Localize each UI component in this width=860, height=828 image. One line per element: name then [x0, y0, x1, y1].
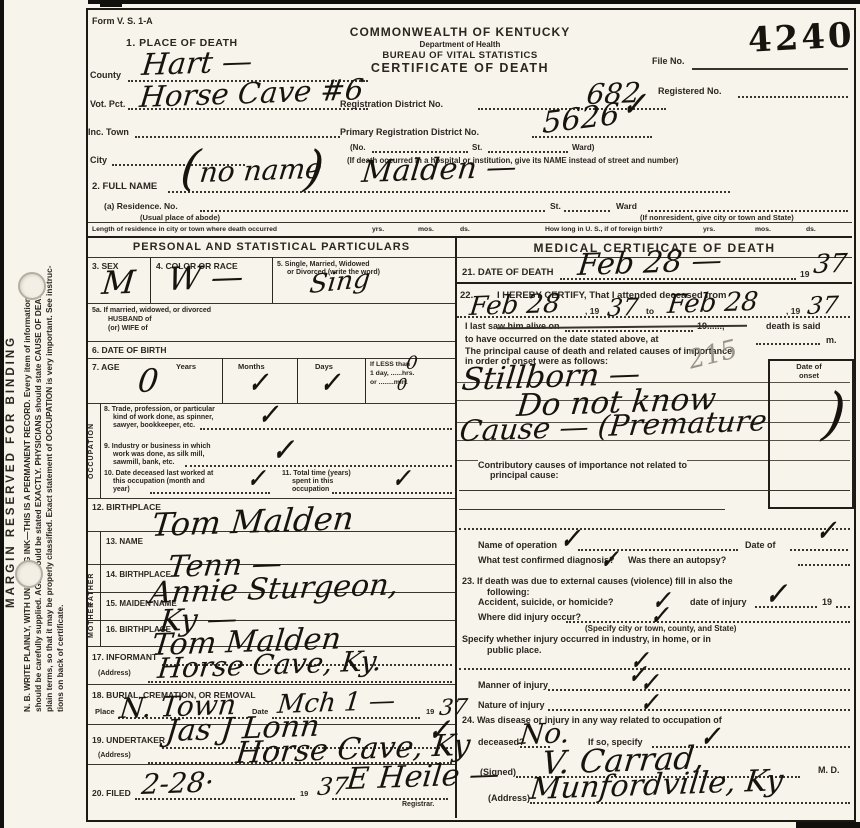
rule-line	[88, 341, 455, 342]
registrar-label: Registrar.	[402, 801, 434, 808]
age-label: 7. AGE	[92, 362, 120, 372]
check-mark: ✓	[765, 578, 788, 612]
dotted-line	[185, 465, 452, 467]
comma-19-label: , 19	[786, 306, 800, 316]
foreign-birth-label: How long in U. S., if of foreign birth?	[545, 226, 663, 233]
autopsy-label: Was there an autopsy?	[628, 555, 726, 565]
item10-label: year)	[113, 486, 130, 493]
rule-line	[88, 358, 455, 359]
cell-border	[365, 358, 366, 403]
specify-where-text: Specify whether injury occurred in indus…	[462, 634, 711, 644]
comma-19-label: , 19	[585, 306, 599, 316]
item8-label: kind of work done, as spinner,	[113, 414, 213, 421]
check-mark: ✓	[247, 464, 266, 494]
margin-nb-line: plain terms, so that it may be properly …	[44, 130, 55, 712]
rule-line	[88, 222, 852, 223]
death-said-text: death is said	[766, 321, 821, 331]
check-mark: ✓	[320, 366, 341, 399]
date-of-death-year: 37	[812, 249, 848, 280]
injury-date-label: date of injury	[690, 597, 747, 607]
nature-injury-label: Nature of injury	[478, 700, 545, 710]
date-of-death-value: Feb 28 —	[576, 243, 724, 283]
date-of-onset-label: Date of	[768, 362, 850, 371]
registrar-signature: E Heile —	[345, 757, 501, 797]
check-mark: ✓	[600, 545, 619, 575]
address-label: (Address)	[98, 752, 131, 759]
informant-label: 17. INFORMANT	[92, 652, 157, 662]
item23-text: following:	[487, 587, 530, 597]
dotted-line	[457, 316, 850, 318]
margin-nb-line: N. B. WRITE PLAINLY, WITH UNFADING INK—T…	[22, 130, 33, 712]
burial-place-label: Place	[95, 707, 115, 716]
item9-label: work was done, as silk mill,	[113, 451, 204, 458]
vot-pct-label: Vot. Pct.	[90, 99, 125, 109]
specify-where-text: public place.	[487, 645, 542, 655]
rule-line	[692, 68, 848, 70]
father-name-value: Tom Malden	[150, 499, 356, 544]
nonresident-note: (If nonresident, give city or town and S…	[640, 213, 794, 222]
check-mark: ✓	[640, 688, 659, 718]
check-mark: ✓	[258, 398, 279, 431]
check-mark: ✓	[272, 434, 295, 468]
commonwealth-heading: COMMONWEALTH OF KENTUCKY	[330, 25, 590, 39]
rule-line	[88, 620, 455, 621]
rule-line	[88, 303, 455, 304]
age-years-value: 0	[136, 361, 160, 400]
year-19-label: 19	[300, 789, 308, 798]
item9-label: 9. Industry or business in which	[104, 443, 211, 450]
specify-city-note: (Specify city or town, county, and State…	[585, 624, 736, 633]
item23-text: 23. If death was due to external causes …	[462, 576, 733, 586]
mos-label: mos.	[418, 226, 434, 233]
full-name-value: Malden —	[360, 150, 518, 190]
date-of-onset-label: onset	[768, 371, 850, 380]
item10-label: this occupation (month and	[113, 478, 205, 485]
undertaker-label: 19. UNDERTAKER	[92, 735, 165, 745]
occurred-text: to have occurred on the date stated abov…	[465, 334, 659, 344]
scan-edge-left	[0, 0, 4, 828]
dotted-line	[459, 528, 850, 530]
ward-label: Ward)	[572, 143, 594, 152]
dotted-line	[200, 428, 452, 430]
file-no-label: File No.	[652, 56, 685, 66]
less-than-label: If LESS than	[370, 361, 410, 368]
color-race-value: W —	[166, 257, 245, 298]
cell-border	[272, 257, 273, 303]
cell-border	[100, 531, 101, 646]
mother-vertical-label: MOTHER	[88, 596, 95, 644]
item10-label: 10. Date deceased last worked at	[104, 470, 213, 477]
dotted-line	[566, 621, 850, 623]
rule-line	[88, 498, 455, 499]
filed-date-value: 2-28·	[140, 766, 216, 801]
contributory-text: principal cause:	[490, 470, 559, 480]
cell-border	[100, 403, 101, 498]
rule-line	[88, 684, 455, 685]
scan-edge-blob	[100, 0, 122, 7]
injury-19-label: 19	[822, 597, 832, 607]
residence-label: (a) Residence. No.	[104, 201, 178, 211]
dotted-line	[756, 343, 820, 345]
item9-label: sawmill, bank, etc.	[113, 459, 174, 466]
dotted-line	[790, 549, 848, 551]
filed-label: 20. FILED	[92, 788, 131, 798]
margin-nb-block: N. B. WRITE PLAINLY, WITH UNFADING INK—T…	[22, 130, 66, 712]
personal-section-title: PERSONAL AND STATISTICAL PARTICULARS	[88, 241, 455, 253]
dotted-line	[738, 96, 848, 98]
registration-district-label: Registration District No.	[340, 99, 443, 109]
m-label: m.	[826, 335, 837, 345]
city-label: City	[90, 155, 107, 165]
item12-birthplace-label: 12. BIRTHPLACE	[92, 502, 161, 512]
to-label: to	[646, 306, 654, 316]
section-rule	[88, 236, 852, 238]
rule-line	[459, 509, 725, 510]
yrs-label: yrs.	[703, 226, 715, 233]
cell-border	[297, 358, 298, 403]
ds-label: ds.	[806, 226, 816, 233]
inc-town-label: Inc. Town	[88, 127, 129, 137]
item5a-label: HUSBAND of	[108, 316, 152, 323]
test-diagnosis-label: What test confirmed diagnosis?	[478, 555, 615, 565]
form-number: Form V. S. 1-A	[92, 16, 153, 26]
dotted-line	[548, 709, 850, 711]
scan-edge-bottom	[796, 822, 860, 828]
sex-value: M	[100, 263, 137, 302]
length-residence-label: Length of residence in city or town wher…	[92, 226, 277, 233]
dotted-line	[565, 330, 693, 332]
address-label: (Address)	[98, 670, 131, 677]
rule-line	[88, 257, 852, 258]
item11-label: 11. Total time (years)	[282, 470, 351, 477]
rule-line	[457, 282, 852, 284]
md-label: M. D.	[818, 765, 840, 775]
certificate-heading: CERTIFICATE OF DEATH	[330, 61, 590, 75]
check-mark: ✓	[392, 464, 411, 494]
item11-label: spent in this	[292, 478, 333, 485]
punch-hole	[15, 560, 43, 588]
item13-name-label: 13. NAME	[106, 537, 143, 546]
department-heading: Department of Health	[330, 40, 590, 49]
accident-label: Accident, suicide, or homicide?	[478, 597, 614, 607]
full-name-label: 2. FULL NAME	[92, 181, 157, 192]
item24-text: 24. Was disease or injury in any way rel…	[462, 715, 722, 725]
ds-label: ds.	[460, 226, 470, 233]
date-of-birth-label: 6. DATE OF BIRTH	[92, 345, 166, 355]
dotted-line	[200, 210, 545, 212]
bureau-heading: BUREAU OF VITAL STATISTICS	[330, 50, 590, 61]
year-19-label: 19	[800, 269, 809, 279]
item11-label: occupation	[292, 486, 329, 493]
dotted-line	[836, 606, 850, 608]
registered-no-label: Registered No.	[658, 86, 722, 96]
no-label: (No.	[350, 143, 366, 152]
year-19-label: 19	[426, 707, 434, 716]
operation-date-label: Date of	[745, 540, 776, 550]
mos-label: mos.	[755, 226, 771, 233]
cell-border	[150, 257, 151, 303]
occupation-vertical-label: OCCUPATION	[88, 406, 95, 496]
physician-address-label: (Address)	[488, 793, 530, 803]
contributory-text: Contributory causes of importance not re…	[478, 460, 687, 470]
check-mark: ✓	[248, 366, 269, 399]
dotted-line	[564, 210, 610, 212]
primary-district-label: Primary Registration District No.	[340, 127, 479, 137]
residence-ward-label: Ward	[616, 201, 637, 211]
dotted-line	[168, 191, 730, 193]
operation-label: Name of operation	[478, 540, 557, 550]
check-mark: ✓	[816, 514, 837, 547]
check-mark: ✓	[560, 522, 581, 555]
abode-note: (Usual place of abode)	[140, 213, 220, 222]
file-no-value: 4240	[747, 15, 856, 61]
margin-nb-line: tions on back of certificate.	[55, 130, 66, 712]
item5a-label: 5a. If married, widowed, or divorced	[92, 307, 211, 314]
margin-binding-text: MARGIN RESERVED FOR BINDING	[5, 335, 17, 608]
age-less-hrs-value: 0	[405, 353, 419, 374]
signed-label: (Signed)	[480, 767, 516, 777]
punch-hole	[18, 272, 46, 300]
item5a-label: (or) WIFE of	[108, 325, 148, 332]
dotted-line	[135, 136, 340, 138]
dotted-line	[648, 210, 848, 212]
check-mark: ✓	[622, 86, 646, 124]
manner-injury-label: Manner of injury	[478, 680, 548, 690]
county-label: County	[90, 70, 121, 80]
dotted-line	[798, 564, 850, 566]
age-less-min-value: 0	[396, 375, 408, 394]
death-certificate-scan: MARGIN RESERVED FOR BINDING N. B. WRITE …	[0, 0, 860, 828]
date-of-death-label: 21. DATE OF DEATH	[462, 267, 554, 278]
cell-border	[222, 358, 223, 403]
margin-nb-line: should be carefully supplied. AGE should…	[33, 130, 44, 712]
residence-st-label: St.	[550, 201, 561, 211]
dotted-line	[332, 798, 448, 800]
yrs-label: yrs.	[372, 226, 384, 233]
rule-line	[459, 490, 850, 491]
scan-edge-top	[88, 0, 860, 4]
dotted-line	[548, 689, 850, 691]
item8-label: sawyer, bookkeeper, etc.	[113, 422, 195, 429]
item8-label: 8. Trade, profession, or particular	[104, 406, 215, 413]
age-years-label: Years	[176, 362, 196, 371]
